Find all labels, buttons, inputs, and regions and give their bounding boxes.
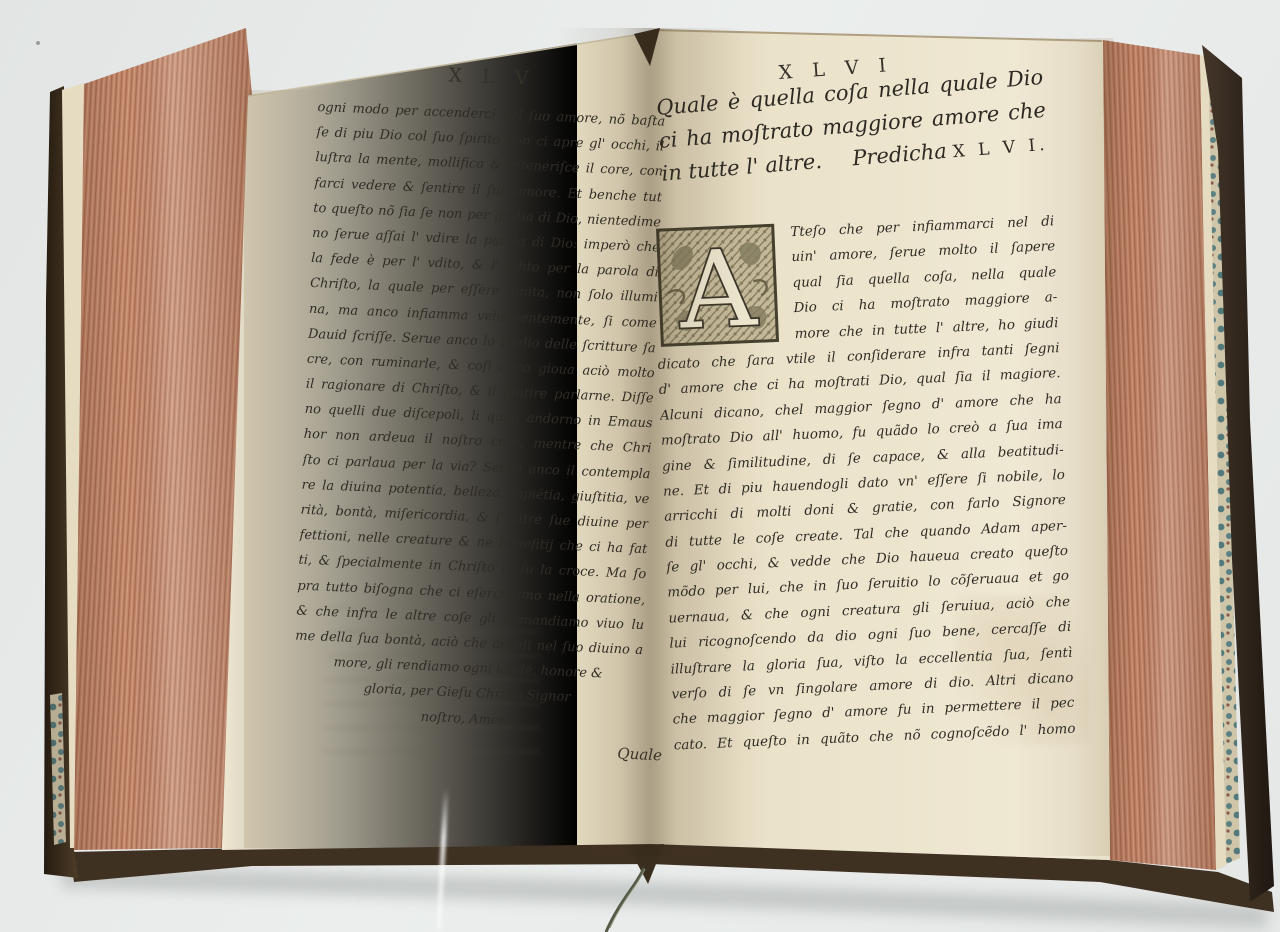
book-photograph: X L V ogni modo per accenderci nel ſuo a… bbox=[0, 0, 1280, 932]
right-page-text: A Tteſo che per infiammarci nel diuin' a… bbox=[652, 209, 1076, 759]
predicha-number: X L V I. bbox=[952, 135, 1049, 163]
drop-cap-letter: A bbox=[676, 226, 760, 347]
left-page-text: ogni modo per accenderci nel ſuo amore, … bbox=[292, 95, 666, 739]
dust-speck bbox=[36, 41, 40, 45]
predicha-label: Predicha bbox=[851, 139, 947, 171]
woodcut-initial-frame: A bbox=[652, 223, 783, 348]
drop-cap-woodcut: A bbox=[652, 223, 783, 348]
